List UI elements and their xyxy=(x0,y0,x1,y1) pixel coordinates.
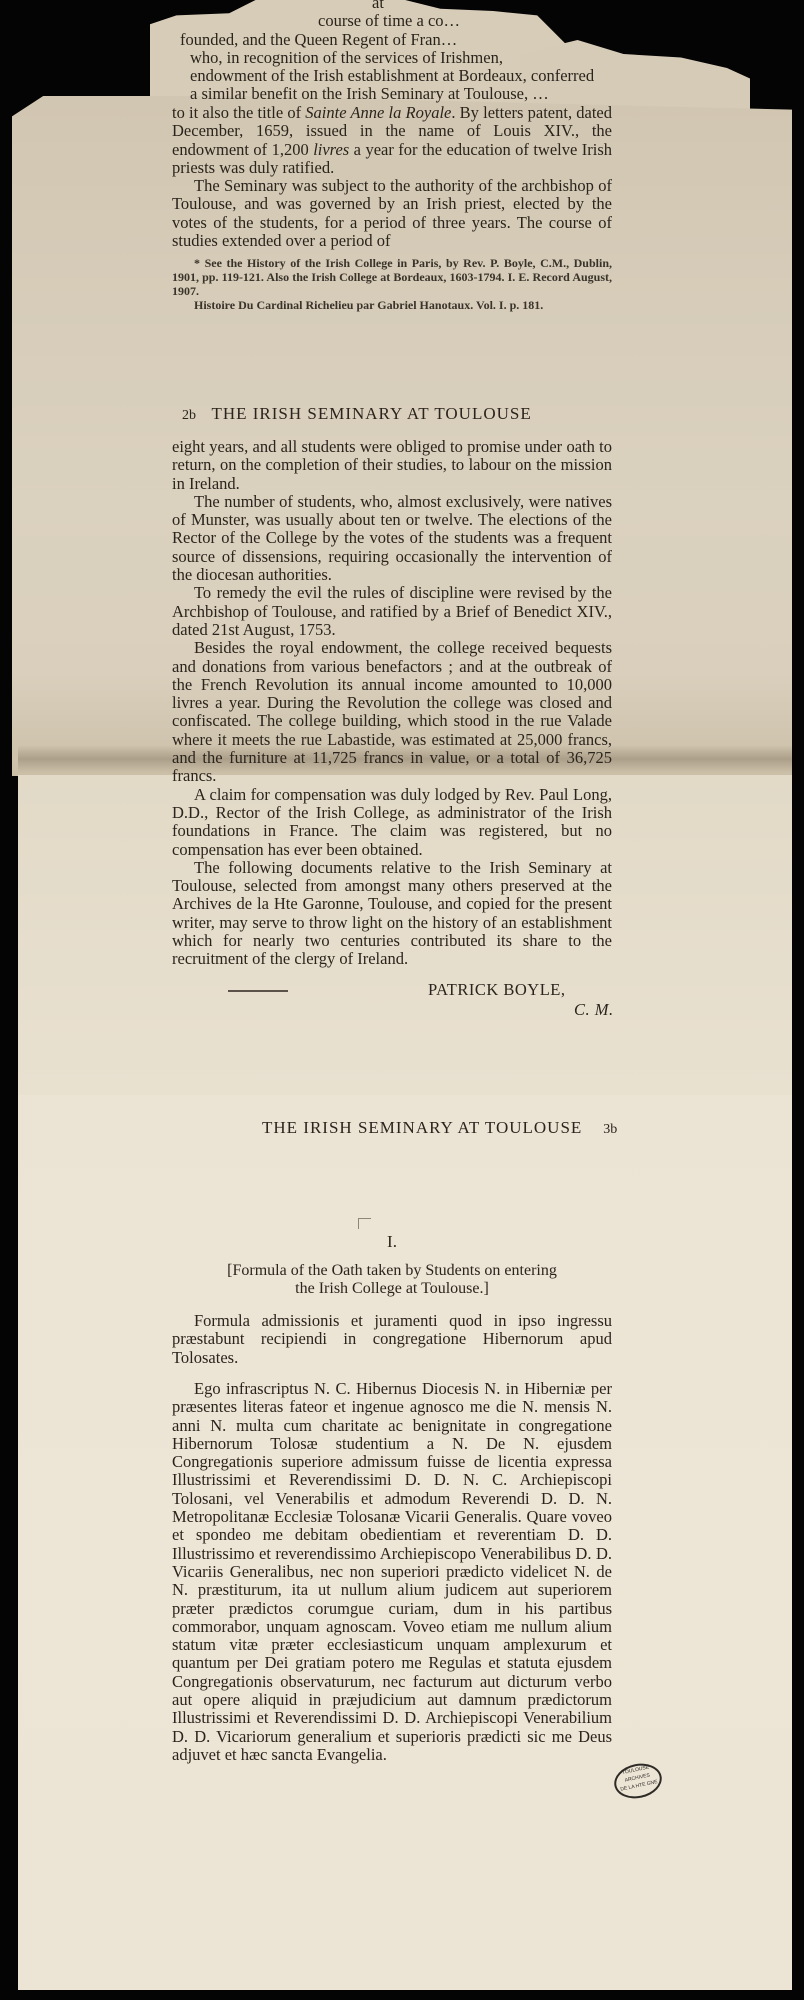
latin-intro: Formula admissionis et juramenti quod in… xyxy=(172,1312,612,1367)
torn-line: founded, and the Queen Regent of Fran… xyxy=(180,31,610,49)
paragraph: Ego infrascriptus N. C. Hibernus Diocesi… xyxy=(172,1380,612,1764)
page-number: 3b xyxy=(603,1122,617,1137)
torn-line: a similar benefit on the Irish Seminary … xyxy=(190,85,610,103)
signature-suffix: C. M. xyxy=(574,1000,614,1020)
running-head-page2: 2b THE IRISH SEMINARY AT TOULOUSE xyxy=(182,404,532,424)
running-title: THE IRISH SEMINARY AT TOULOUSE xyxy=(262,1118,582,1137)
section-title: [Formula of the Oath taken by Students o… xyxy=(172,1262,612,1298)
registration-mark xyxy=(358,1218,371,1229)
section-title-line: [Formula of the Oath taken by Students o… xyxy=(172,1262,612,1280)
paragraph: The Seminary was subject to the authorit… xyxy=(172,177,612,250)
decorative-rule xyxy=(228,990,288,992)
section-number: I. xyxy=(172,1232,612,1252)
paragraph: The following documents relative to the … xyxy=(172,859,612,969)
paragraph: to it also the title of Sainte Anne la R… xyxy=(172,104,612,177)
paragraph: Formula admissionis et juramenti quod in… xyxy=(172,1312,612,1367)
page-number: 2b xyxy=(182,408,196,423)
paragraph: The number of students, who, almost excl… xyxy=(172,493,612,584)
paragraph: To remedy the evil the rules of discipli… xyxy=(172,584,612,639)
footnotes: * See the History of the Irish College i… xyxy=(172,256,612,312)
torn-line: course of time a co… xyxy=(190,12,610,30)
page1-body: to it also the title of Sainte Anne la R… xyxy=(172,104,612,250)
latin-oath: Ego infrascriptus N. C. Hibernus Diocesi… xyxy=(172,1380,612,1764)
running-title: THE IRISH SEMINARY AT TOULOUSE xyxy=(211,404,531,423)
signature-name: PATRICK BOYLE, xyxy=(428,980,566,1000)
page2-body: eight years, and all students were oblig… xyxy=(172,438,612,969)
paragraph: Besides the royal endowment, the college… xyxy=(172,639,612,785)
paragraph: eight years, and all students were oblig… xyxy=(172,438,612,493)
paragraph: A claim for compensation was duly lodged… xyxy=(172,786,612,859)
torn-fragment-text: at course of time a co… founded, and the… xyxy=(190,0,610,104)
running-head-page3: THE IRISH SEMINARY AT TOULOUSE 3b xyxy=(262,1118,617,1138)
footnote: * See the History of the Irish College i… xyxy=(172,256,612,298)
section-title-line: the Irish College at Toulouse.] xyxy=(172,1280,612,1298)
torn-line: endowment of the Irish establishment at … xyxy=(190,67,630,85)
footnote: Histoire Du Cardinal Richelieu par Gabri… xyxy=(172,298,612,312)
torn-line: who, in recognition of the services of I… xyxy=(190,49,610,67)
